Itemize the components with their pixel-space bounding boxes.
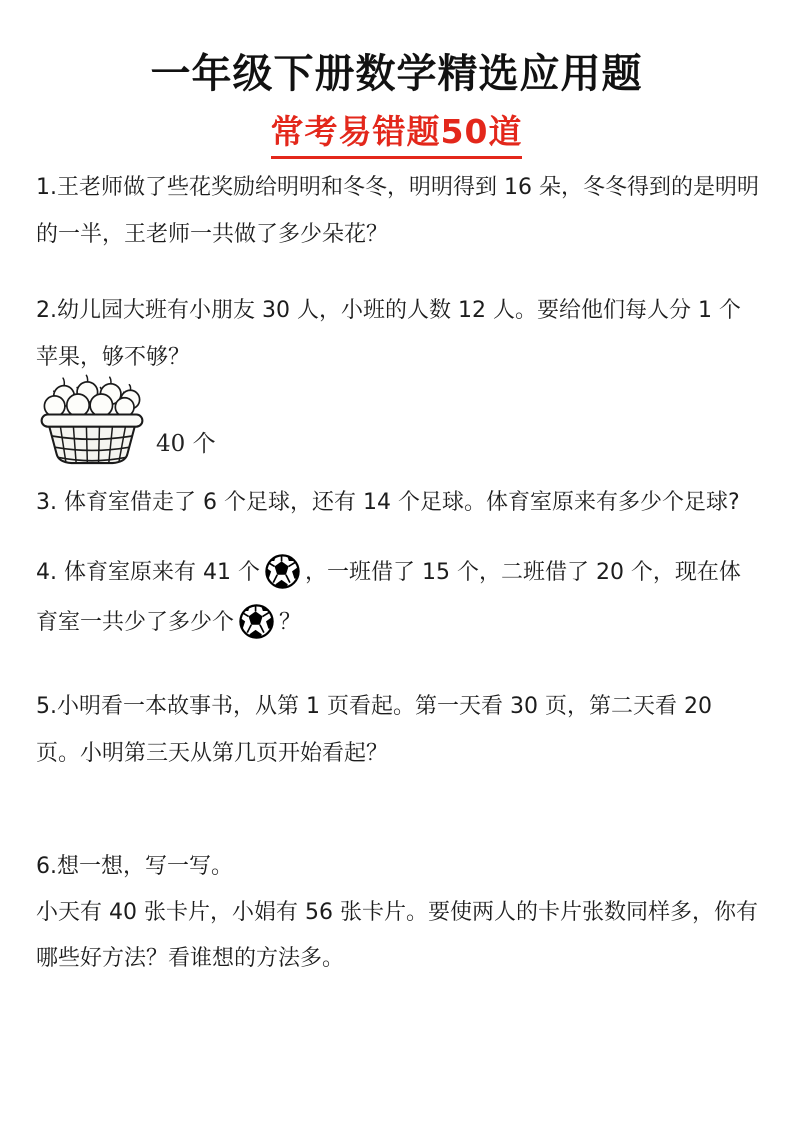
apple-basket-figure: 40 个: [36, 374, 216, 470]
soccer-ball-icon: [264, 553, 301, 590]
worksheet-page: 一年级下册数学精选应用题 常考易错题50道 1.王老师做了些花奖励给明明和冬冬，…: [0, 0, 793, 1122]
question-4-text-part: ？: [279, 610, 301, 635]
apple-basket-icon: [36, 374, 148, 470]
question-4-text-part: 4. 体育室原来有 41 个: [36, 560, 260, 585]
question-3: 3. 体育室借走了 6 个足球，还有 14 个足球。体育室原来有多少个足球?: [36, 479, 762, 526]
question-6: 6.想一想，写一写。 小天有 40 张卡片，小娟有 56 张卡片。要使两人的卡片…: [36, 844, 762, 982]
question-5: 5.小明看一本故事书，从第 1 页看起。第一天看 30 页，第二天看 20 页。…: [36, 683, 762, 777]
question-1: 1.王老师做了些花奖励给明明和冬冬，明明得到 16 朵，冬冬得到的是明明的一半，…: [36, 164, 762, 258]
apple-count-label: 40 个: [156, 425, 216, 458]
question-6-line-2: 小天有 40 张卡片，小娟有 56 张卡片。要使两人的卡片张数同样多，你有哪些好…: [36, 890, 762, 982]
page-subtitle: 常考易错题50道: [271, 106, 523, 159]
page-title: 一年级下册数学精选应用题: [0, 42, 793, 99]
soccer-ball-icon: [238, 603, 275, 640]
question-4: 4. 体育室原来有 41 个，一班借了 15 个，二班借了 20 个，现在体育室…: [36, 548, 762, 648]
question-2: 2.幼儿园大班有小朋友 30 人，小班的人数 12 人。要给他们每人分 1 个苹…: [36, 287, 762, 381]
subtitle-row: 常考易错题50道: [0, 106, 793, 159]
question-6-line-1: 6.想一想，写一写。: [36, 844, 762, 890]
